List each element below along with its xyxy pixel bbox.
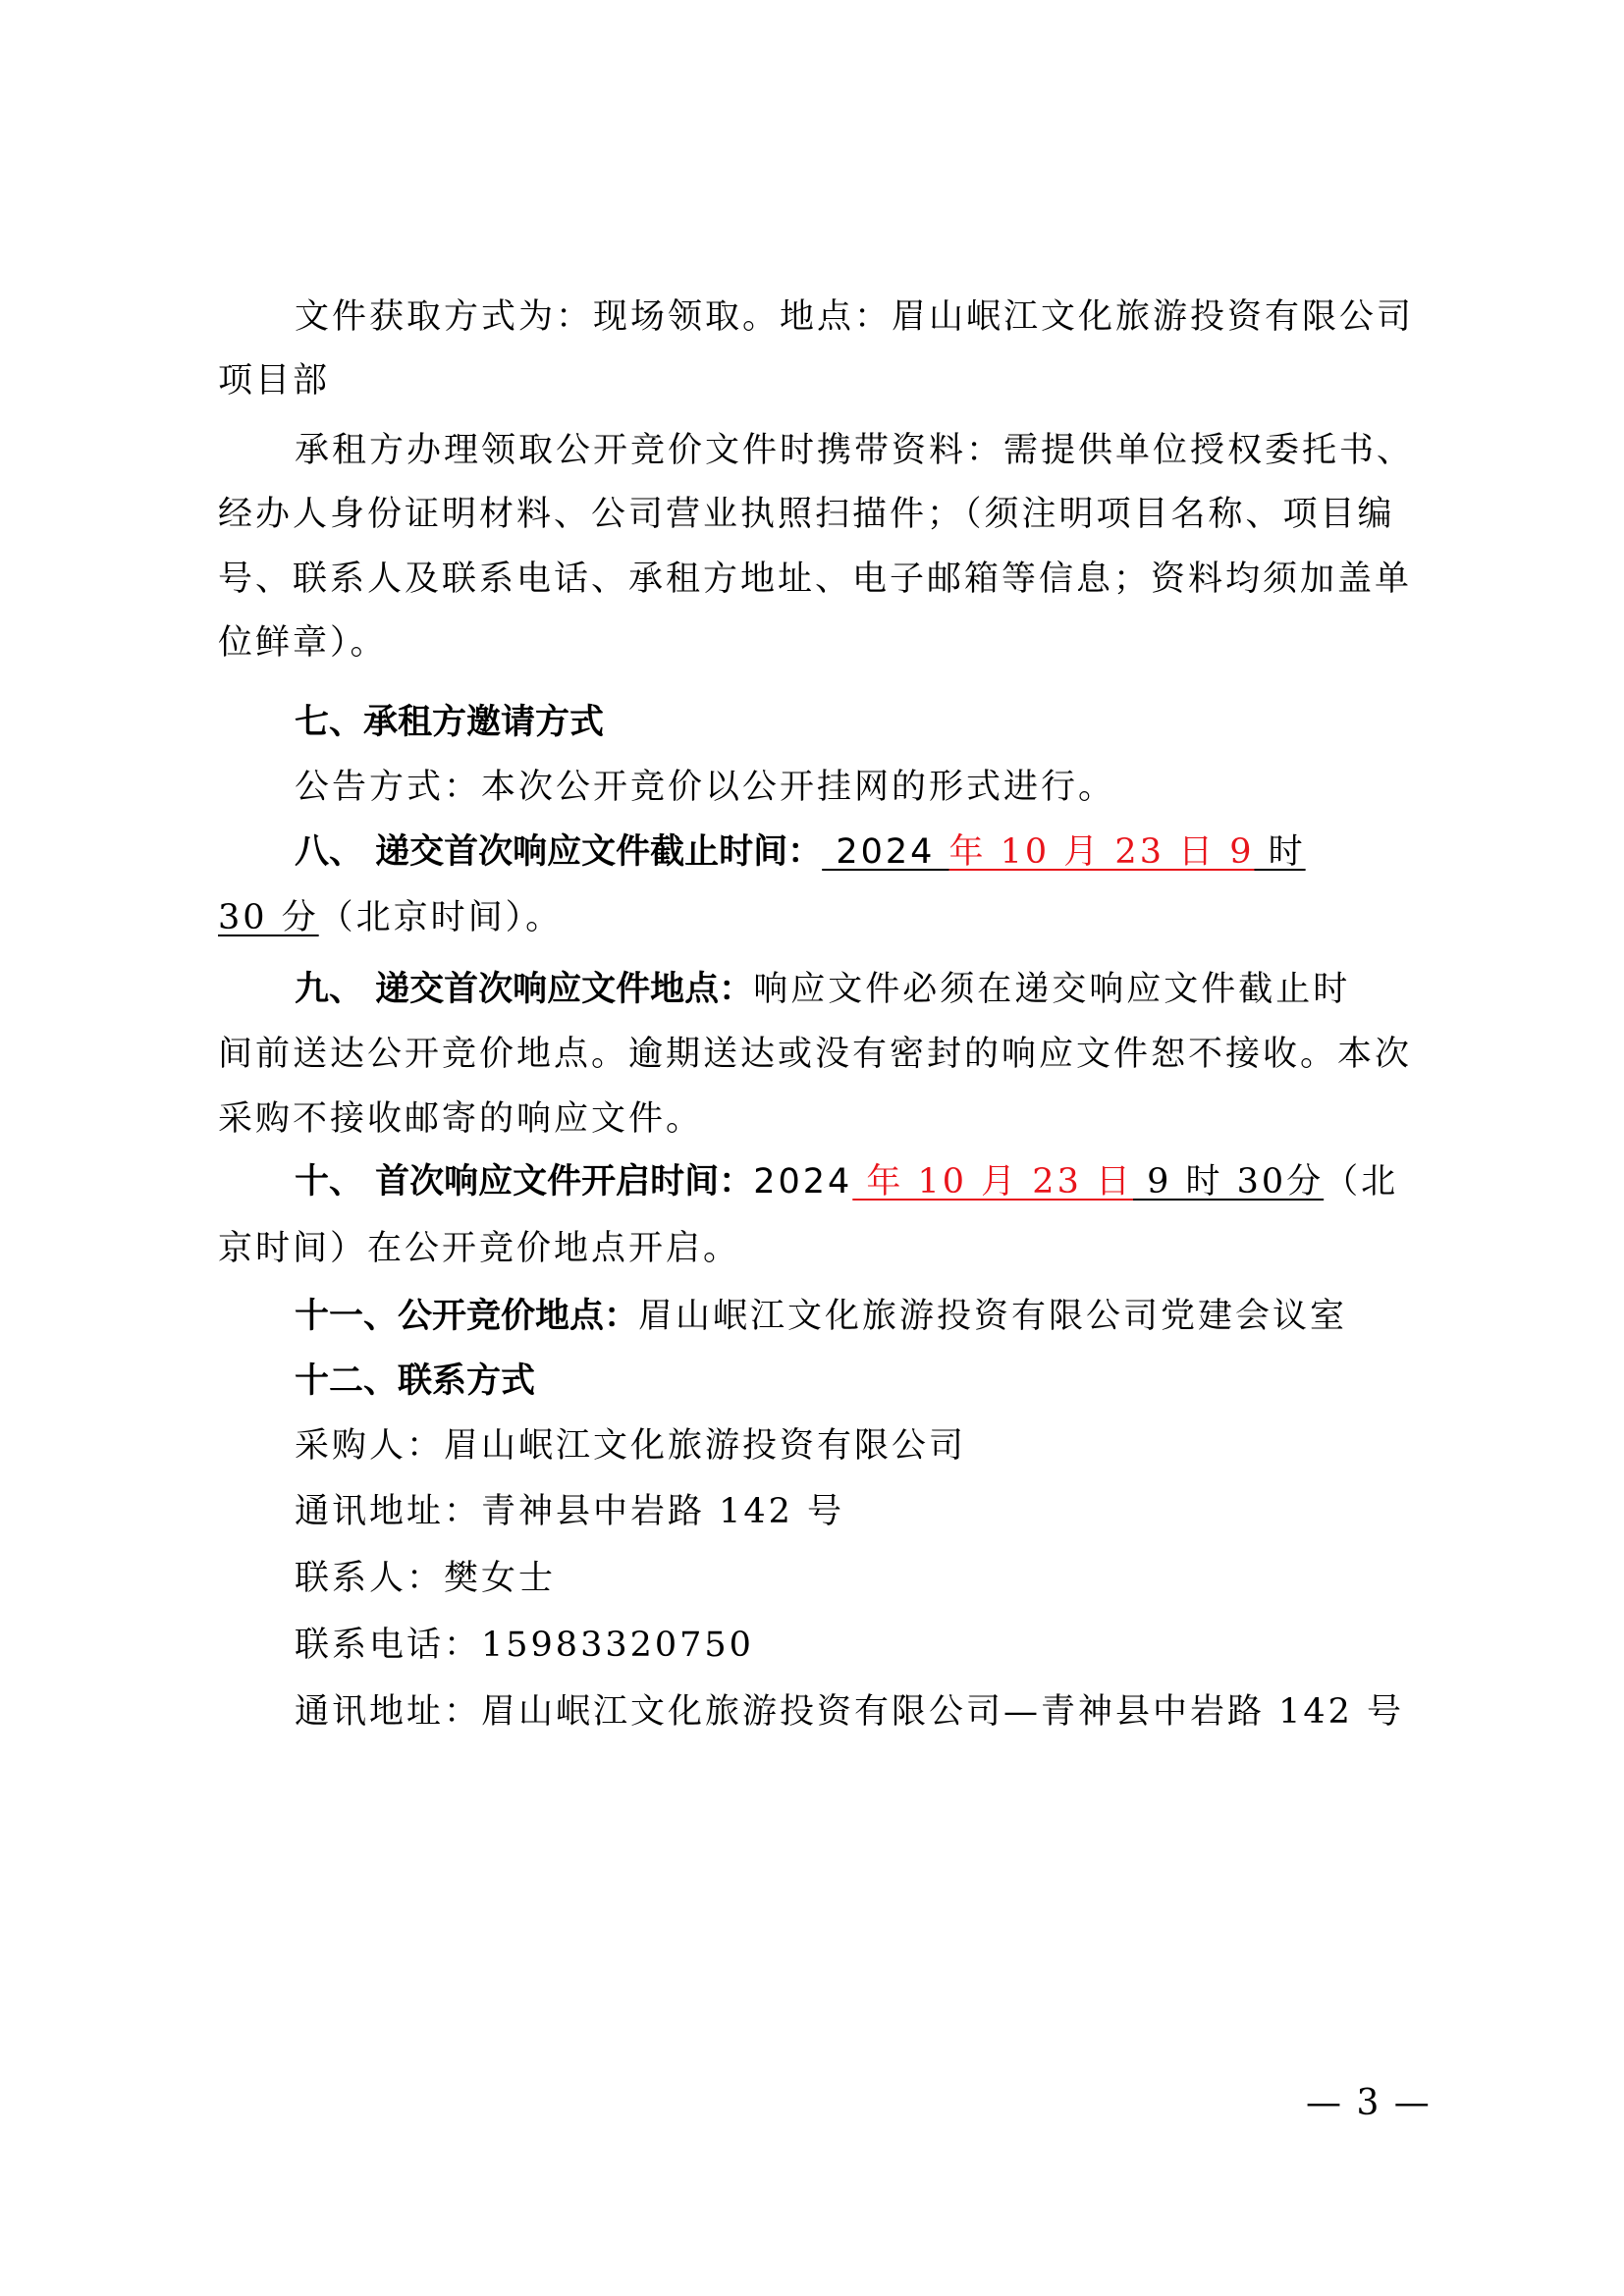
paragraph-materials-line3: 号、联系人及联系电话、承租方地址、电子邮箱等信息；资料均须加盖单	[218, 557, 1435, 602]
section11-body: 眉山岷江文化旅游投资有限公司党建会议室	[638, 1297, 1347, 1336]
document-page: 文件获取方式为：现场领取。地点：眉山岷江文化旅游投资有限公司 项目部 承租方办理…	[0, 0, 1624, 2296]
section8-minute: 30 分	[218, 898, 319, 937]
section8-hour-label: 时	[1254, 832, 1305, 872]
page-number: — 3 —	[1306, 2083, 1432, 2123]
paragraph-materials: 承租方办理领取公开竞价文件时携带资料：需提供单位授权委托书、	[295, 428, 1512, 473]
section10-line2: 京时间）在公开竞价地点开启。	[218, 1226, 1435, 1271]
section10-heading: 十、 首次响应文件开启时间：	[295, 1162, 753, 1201]
section8-date: 年 10 月 23 日 9	[949, 832, 1255, 872]
section12-heading: 十二、联系方式	[295, 1359, 1512, 1404]
paragraph-file-acquisition-cont: 项目部	[218, 358, 1435, 403]
contact-phone: 联系电话：15983320750	[295, 1623, 1512, 1668]
section9-line2: 间前送达公开竞价地点。逾期送达或没有密封的响应文件恕不接收。本次	[218, 1032, 1435, 1077]
section9-text: 响应文件必须在递交响应文件截止时	[753, 970, 1350, 1009]
section10-line1: 十、 首次响应文件开启时间：2024 年 10 月 23 日 9 时 30分（北	[295, 1159, 1512, 1204]
contact-person: 联系人：樊女士	[295, 1556, 1512, 1601]
section11-line: 十一、公开竞价地点：眉山岷江文化旅游投资有限公司党建会议室	[295, 1294, 1512, 1339]
paragraph-file-acquisition: 文件获取方式为：现场领取。地点：眉山岷江文化旅游投资有限公司	[295, 294, 1512, 340]
contact-purchaser: 采购人：眉山岷江文化旅游投资有限公司	[295, 1423, 1512, 1468]
paragraph-materials-line4: 位鲜章）。	[218, 620, 1435, 666]
section10-year: 2024	[753, 1162, 852, 1201]
section7-heading: 七、承租方邀请方式	[295, 700, 1512, 745]
section8-heading: 八、 递交首次响应文件截止时间：	[295, 832, 822, 872]
section10-time: 9 时 30分	[1133, 1162, 1324, 1201]
section9-line1: 九、 递交首次响应文件地点：响应文件必须在递交响应文件截止时	[295, 967, 1512, 1012]
section9-line3: 采购不接收邮寄的响应文件。	[218, 1096, 1435, 1142]
section11-heading: 十一、公开竞价地点：	[295, 1297, 638, 1336]
section9-heading: 九、 递交首次响应文件地点：	[295, 970, 753, 1009]
contact-address: 通讯地址：青神县中岩路 142 号	[295, 1489, 1512, 1534]
section10-tail: （北	[1324, 1162, 1398, 1201]
section8-year: 2024	[822, 832, 948, 872]
section8-line2: 30 分（北京时间）。	[218, 895, 1435, 940]
contact-full-address: 通讯地址：眉山岷江文化旅游投资有限公司—青神县中岩路 142 号	[295, 1689, 1512, 1735]
section7-body: 公告方式：本次公开竞价以公开挂网的形式进行。	[295, 765, 1512, 810]
paragraph-materials-line2: 经办人身份证明材料、公司营业执照扫描件；（须注明项目名称、项目编	[218, 492, 1435, 537]
section8-timezone: （北京时间）。	[319, 898, 564, 937]
section8-line1: 八、 递交首次响应文件截止时间： 2024 年 10 月 23 日 9 时	[295, 829, 1512, 875]
section10-date: 年 10 月 23 日	[852, 1162, 1133, 1201]
